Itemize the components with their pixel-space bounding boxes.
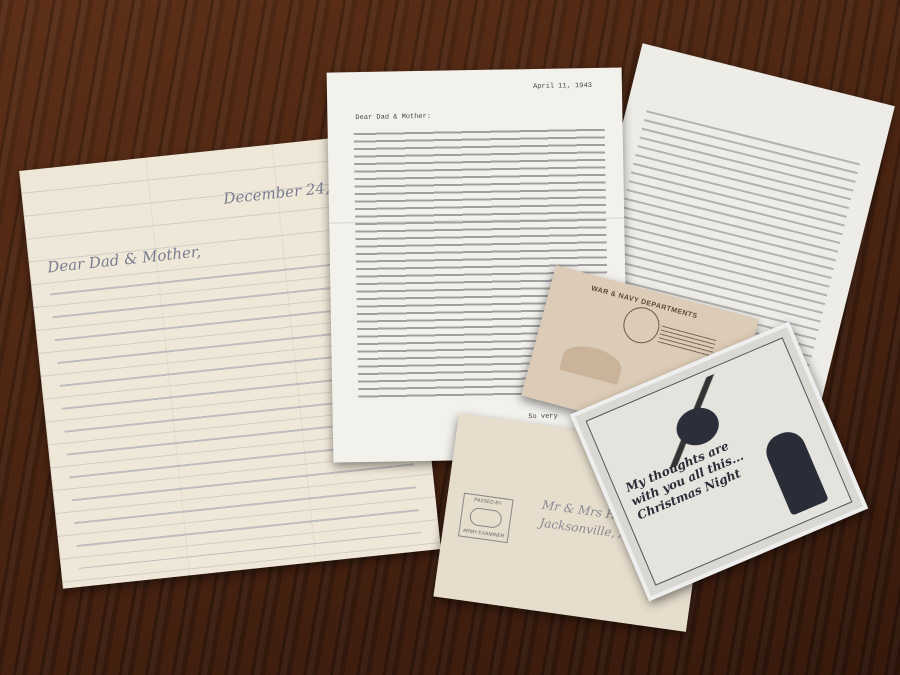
typed-letter-closing: So very	[528, 413, 558, 422]
cancellation-lines-icon	[657, 323, 717, 359]
censor-stamp-bottom: ARMY EXAMINER	[459, 527, 507, 540]
censor-stamp: PASSED BY ARMY EXAMINER	[458, 493, 514, 544]
soldier-silhouette-icon	[761, 427, 829, 516]
censor-stamp-top: PASSED BY	[464, 496, 512, 509]
typed-letter-greeting: Dear Dad & Mother:	[355, 113, 431, 122]
censor-stamp-oval-icon	[469, 507, 503, 529]
typed-letter-date: April 11, 1943	[533, 82, 592, 91]
envelope-window	[559, 341, 625, 386]
